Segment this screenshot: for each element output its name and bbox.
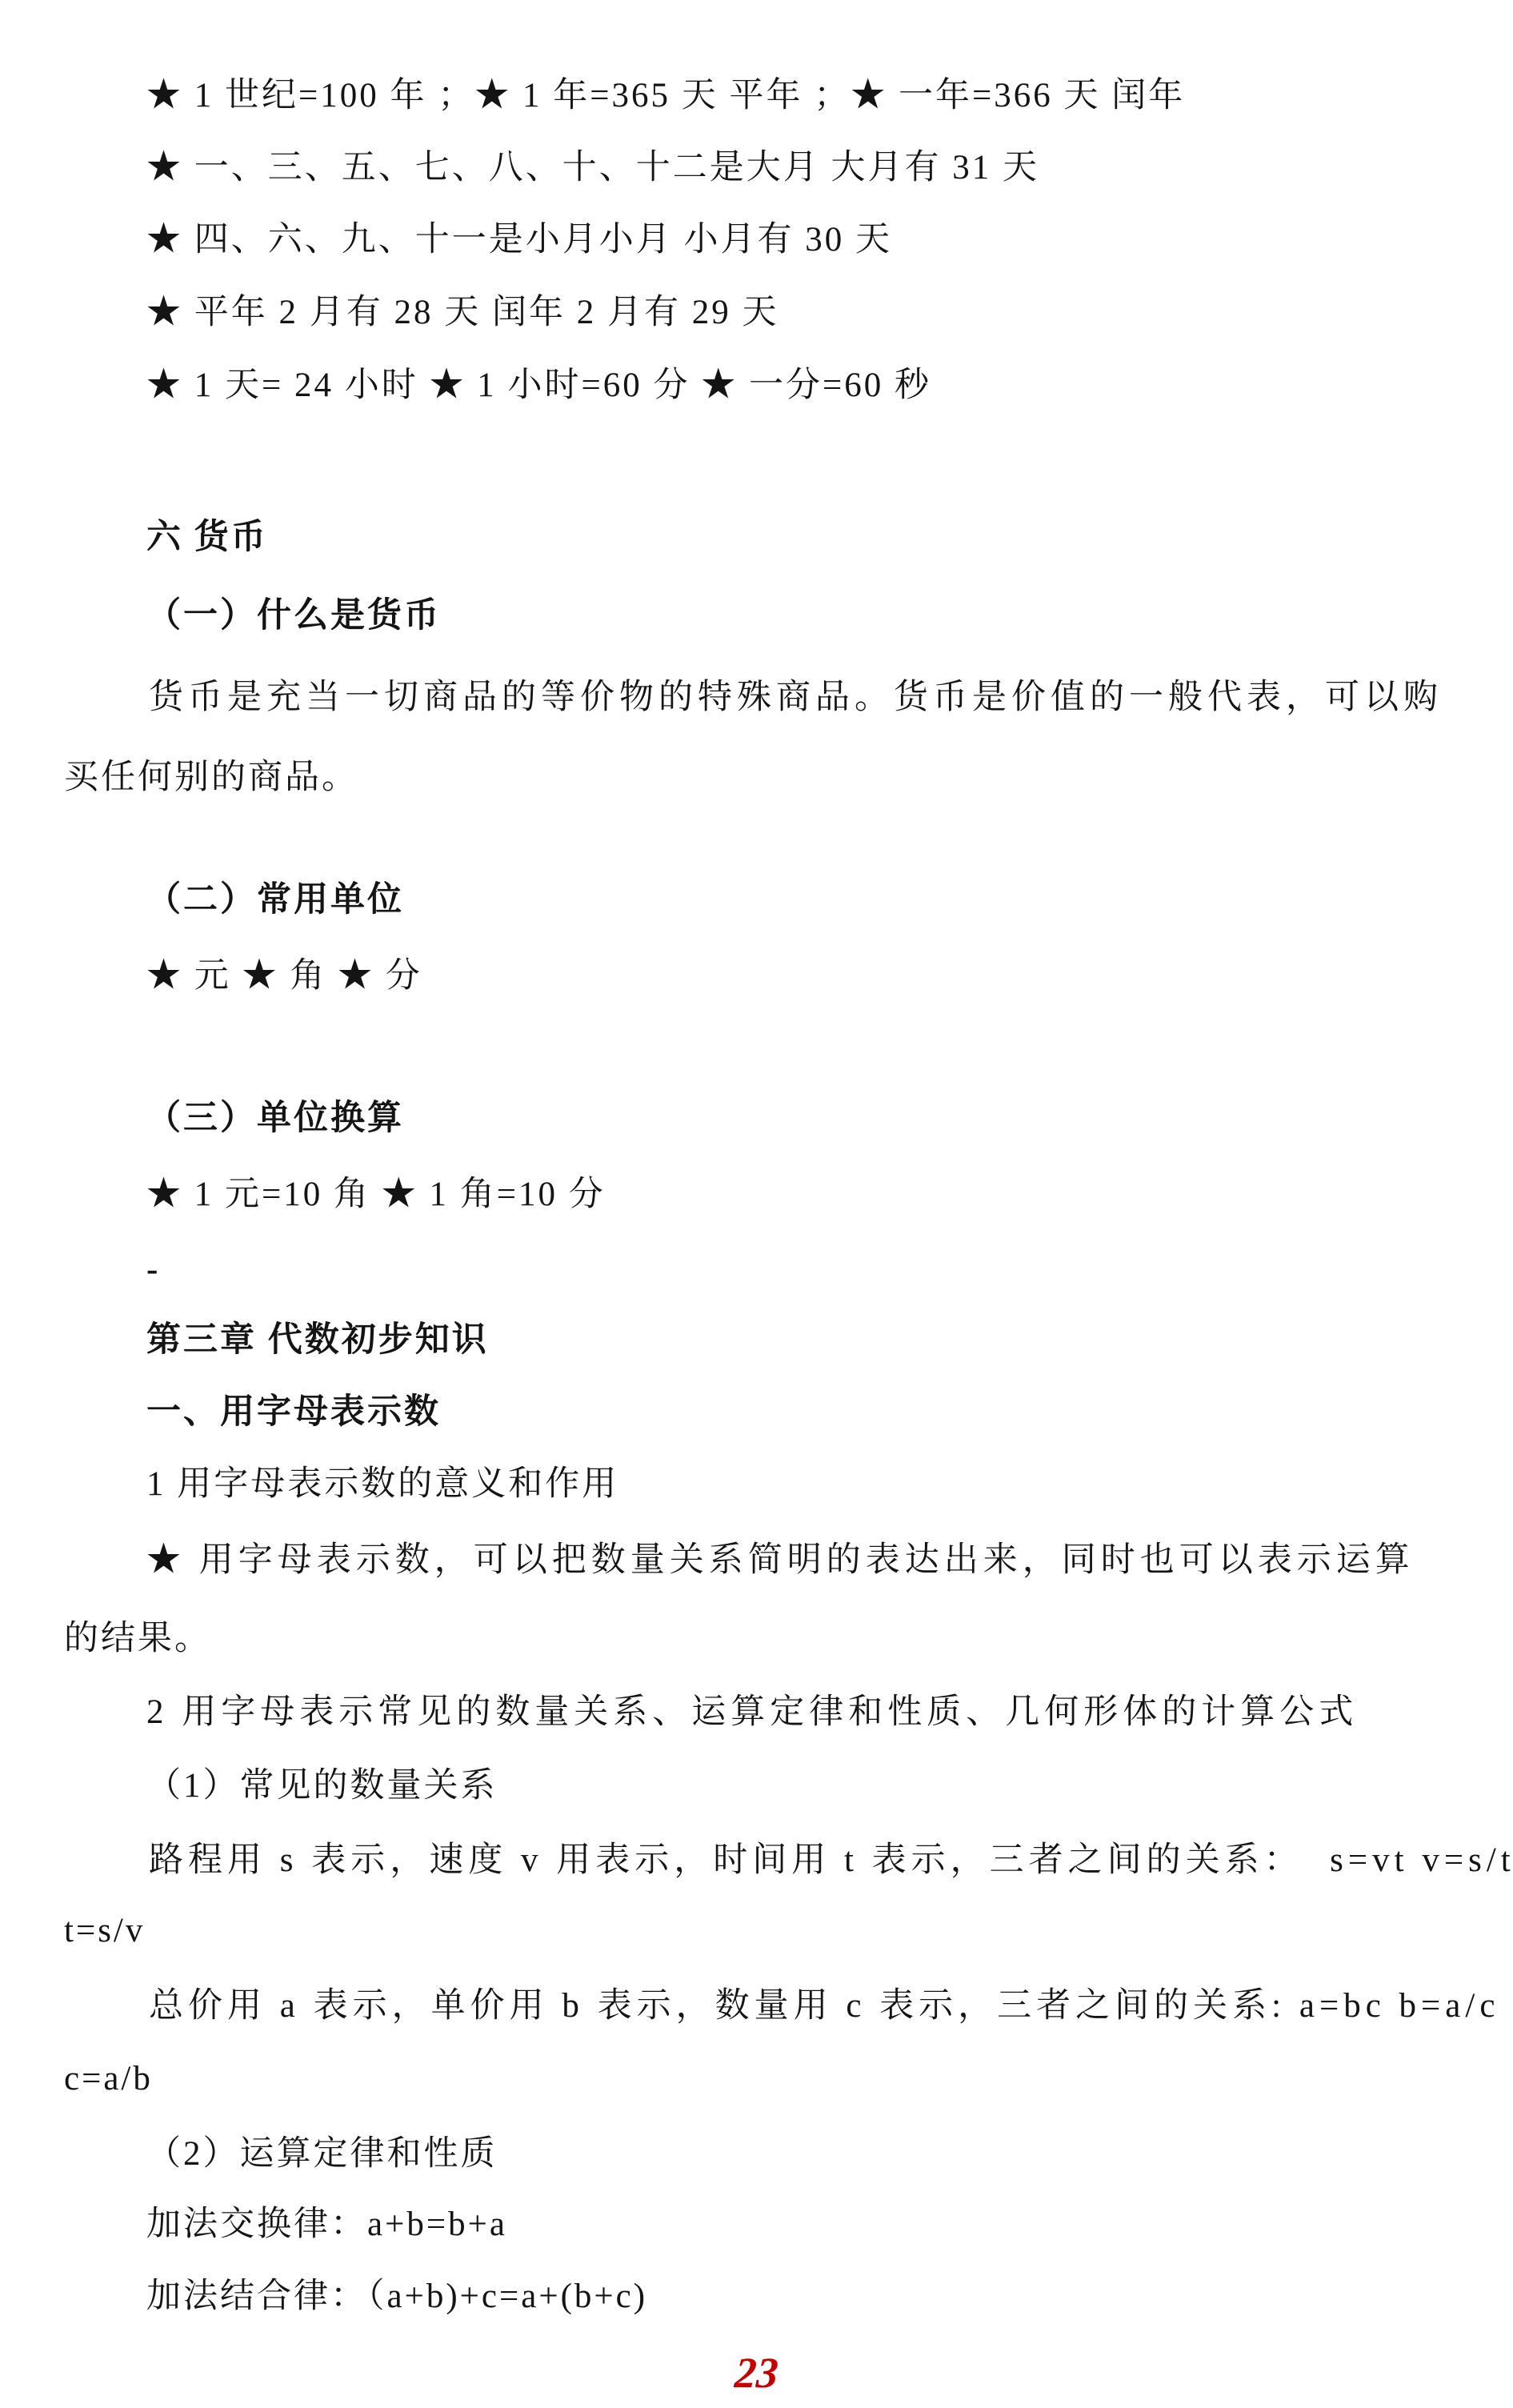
document-page: ★ 1 世纪=100 年 ；★ 1 年=365 天 平年 ；★ 一年=366 天…: [0, 0, 1513, 2408]
stray-dash: -: [146, 1230, 160, 1310]
paragraph-line-currency-1: 货币是充当一切商品的等价物的特殊商品。货币是价值的一般代表，可以购: [149, 658, 1443, 738]
formula-line-associative: 加法结合律：（a+b)+c=a+(b+c): [146, 2257, 647, 2337]
fact-line-small-months: ★ 四、六、九、十一是小月小月 小月有 30 天: [146, 200, 892, 280]
formula-line-distance-1: 路程用 s 表示，速度 v 用表示，时间用 t 表示，三者之间的关系： s=vt…: [149, 1821, 1513, 1901]
page-number: 23: [0, 2333, 1513, 2408]
heading-common-units: （二）常用单位: [146, 860, 404, 940]
subheading-operation-laws: （2）运算定律和性质: [146, 2114, 498, 2194]
star-note-line-1: ★ 用字母表示数，可以把数量关系简明的表达出来，同时也可以表示运算: [146, 1521, 1415, 1601]
fact-line-big-months: ★ 一、三、五、七、八、十、十二是大月 大月有 31 天: [146, 128, 1039, 208]
section-heading-letters: 一、用字母表示数: [146, 1372, 441, 1452]
formula-line-commutative: 加法交换律：a+b=b+a: [146, 2185, 507, 2265]
fact-line-currency-units: ★ 元 ★ 角 ★ 分: [146, 936, 422, 1016]
heading-currency: 六 货币: [146, 498, 268, 578]
formula-line-distance-2: t=s/v: [64, 1891, 145, 1971]
heading-what-is-currency: （一）什么是货币: [146, 576, 441, 656]
formula-line-price-2: c=a/b: [64, 2039, 153, 2119]
formula-line-price-1: 总价用 a 表示，单价用 b 表示，数量用 c 表示，三者之间的关系: a=bc…: [149, 1966, 1499, 2046]
fact-line-day-hours: ★ 1 天= 24 小时 ★ 1 小时=60 分 ★ 一分=60 秒: [146, 346, 931, 426]
subheading-quantity-relations: （1）常见的数量关系: [146, 1746, 498, 1826]
fact-line-yuan-jiao-fen: ★ 1 元=10 角 ★ 1 角=10 分: [146, 1155, 606, 1235]
fact-line-february: ★ 平年 2 月有 28 天 闰年 2 月有 29 天: [146, 273, 779, 353]
list-item-meaning: 1 用字母表示数的意义和作用: [146, 1444, 618, 1525]
paragraph-line-currency-2: 买任何别的商品。: [64, 738, 358, 818]
fact-line-century: ★ 1 世纪=100 年 ；★ 1 年=365 天 平年 ；★ 一年=366 天…: [146, 56, 1185, 136]
star-note-line-2: 的结果。: [64, 1599, 211, 1679]
chapter-heading-algebra: 第三章 代数初步知识: [146, 1300, 489, 1380]
heading-unit-conversion: （三）单位换算: [146, 1079, 404, 1159]
list-item-relations: 2 用字母表示常见的数量关系、运算定律和性质、几何形体的计算公式: [146, 1673, 1358, 1753]
